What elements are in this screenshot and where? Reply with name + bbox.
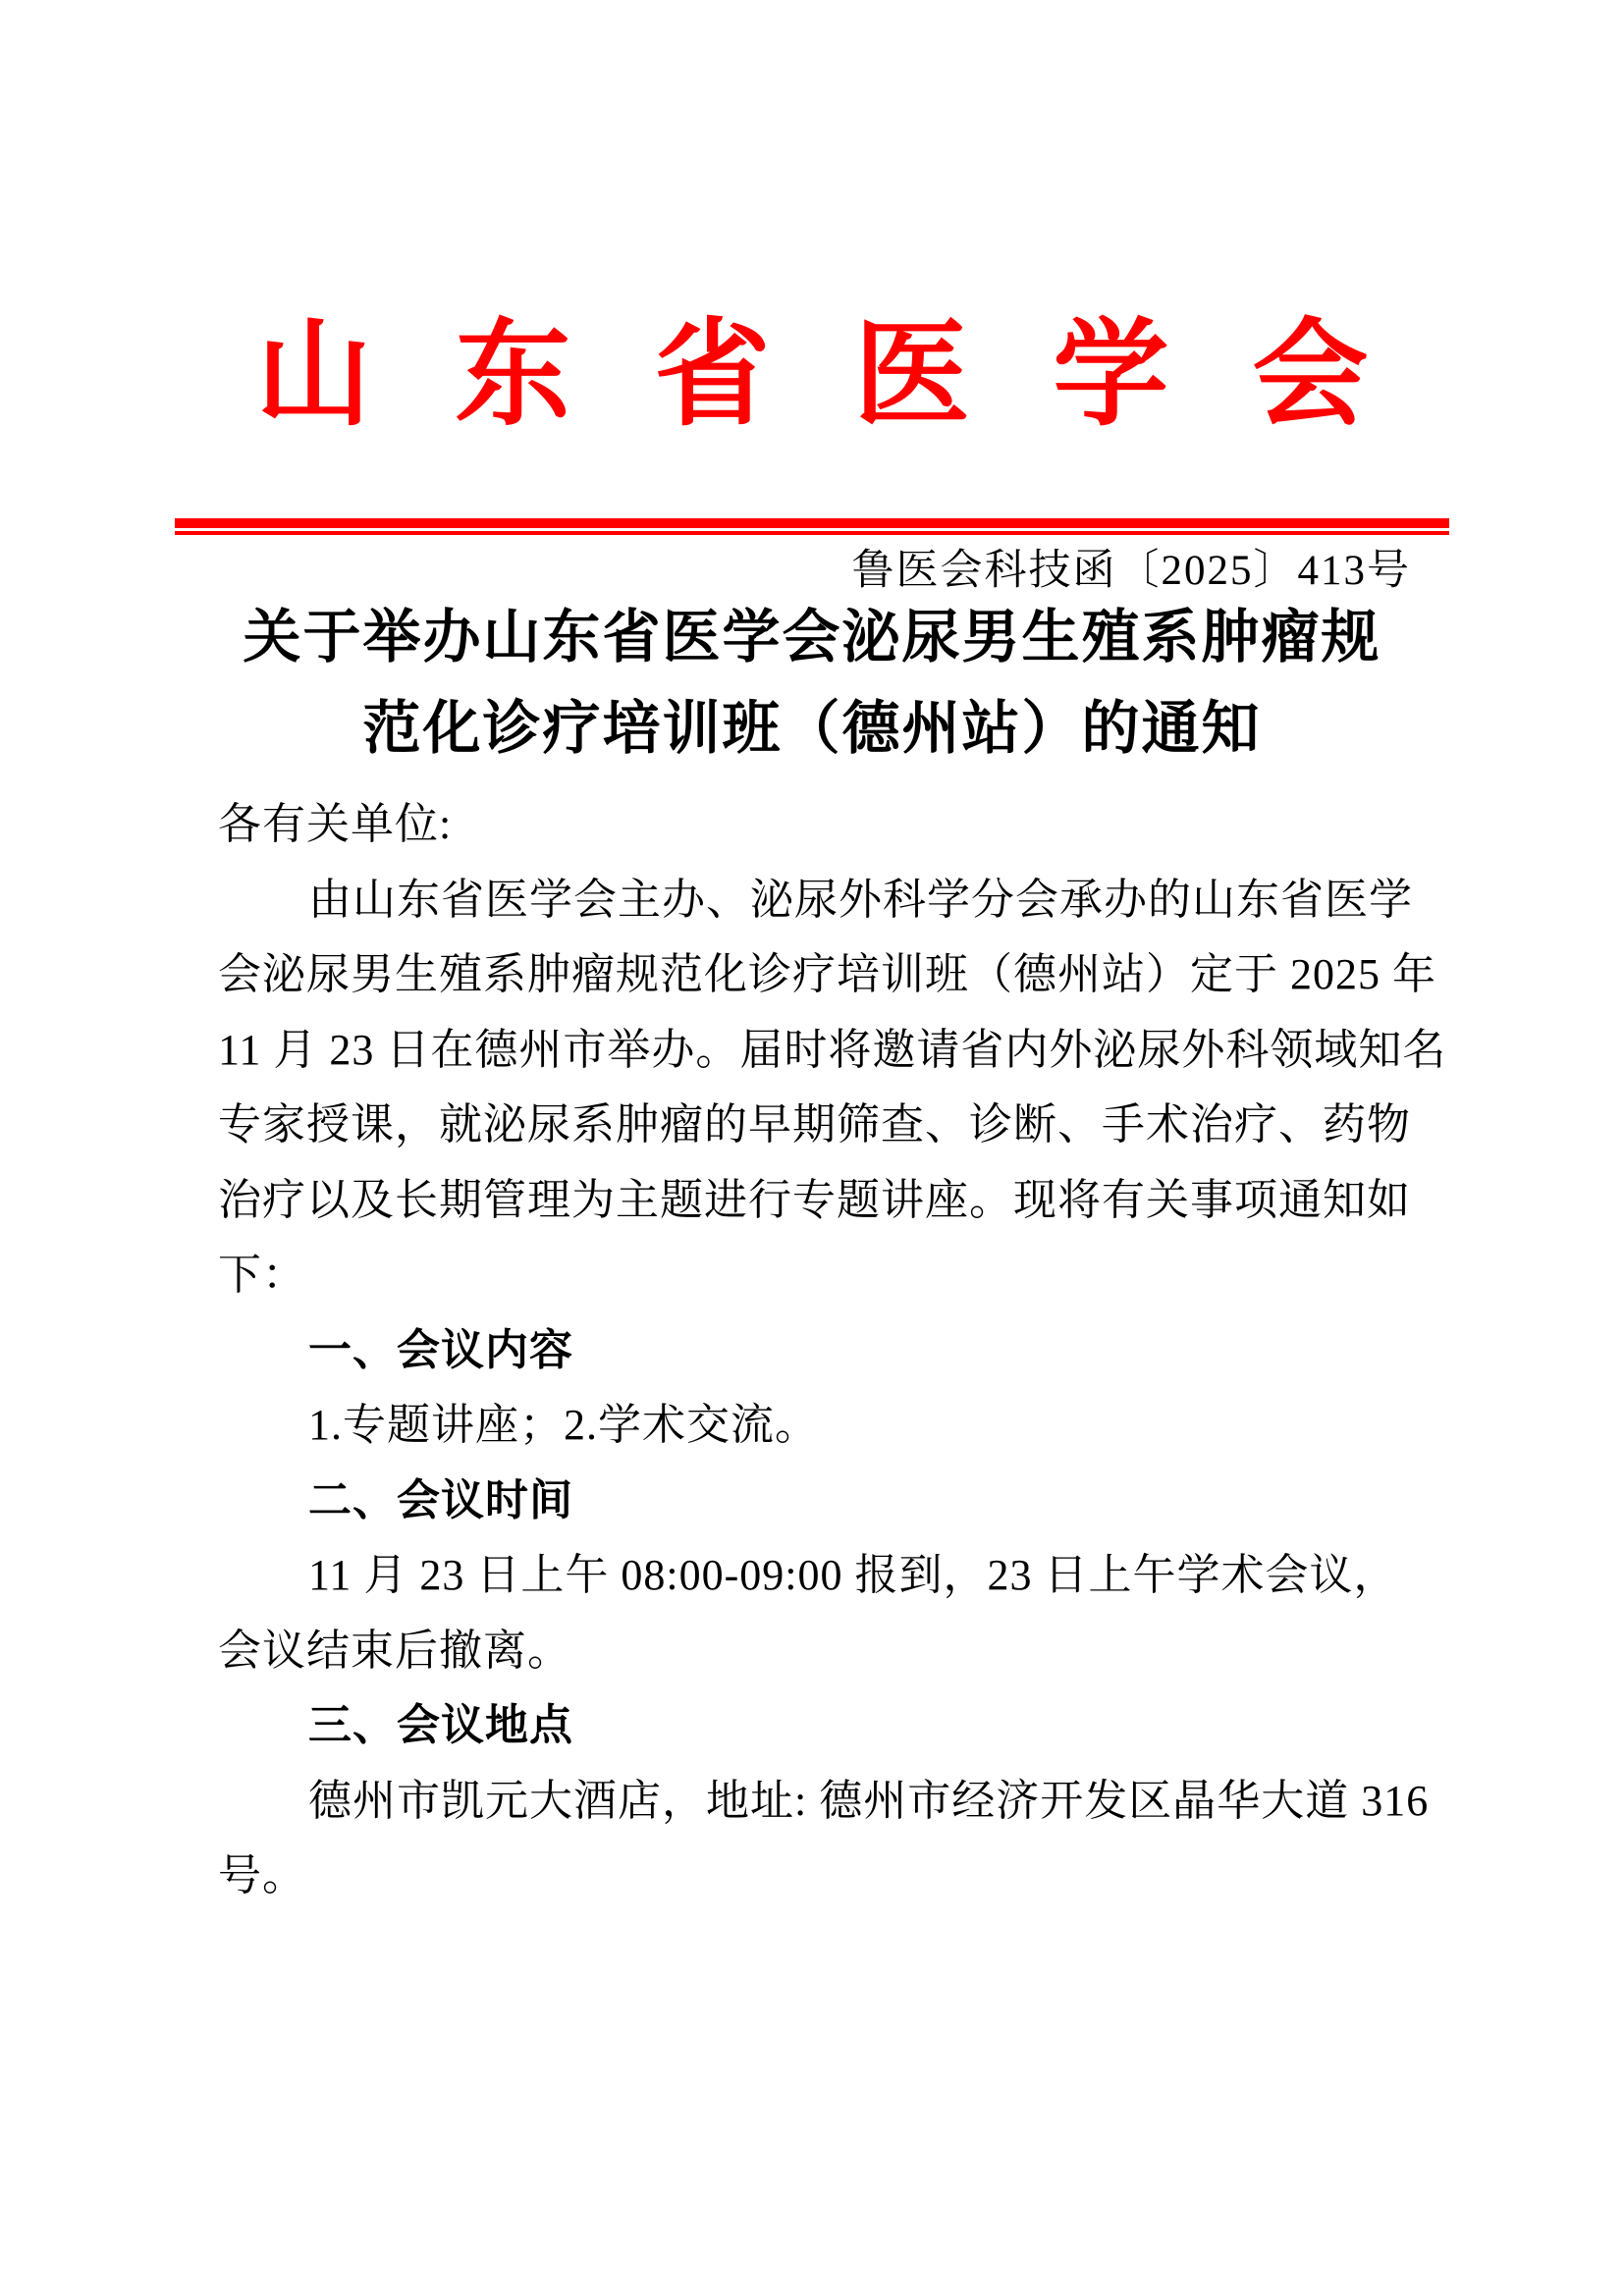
red-separator-line xyxy=(175,518,1449,535)
document-body: 各有关单位: 由山东省医学会主办、泌尿外科学分会承办的山东省医学 会泌尿男生殖系… xyxy=(218,787,1414,1914)
section-content-line: 1.专题讲座；2.学术交流。 xyxy=(218,1388,1414,1464)
document-title: 关于举办山东省医学会泌尿男生殖系肿瘤规 范化诊疗培训班（德州站）的通知 xyxy=(0,592,1624,774)
section-content-line: 会议结束后撤离。 xyxy=(218,1614,1414,1689)
paragraph-line: 治疗以及长期管理为主题进行专题讲座。现将有关事项通知如 xyxy=(218,1163,1414,1239)
paragraph-line: 专家授课，就泌尿系肿瘤的早期筛查、诊断、手术治疗、药物 xyxy=(218,1088,1414,1163)
org-title: 山东省医学会 xyxy=(0,306,1624,446)
section-content-line: 德州市凯元大酒店，地址: 德州市经济开发区晶华大道 316 xyxy=(218,1764,1414,1840)
document-page: 山东省医学会 鲁医会科技函〔2025〕413号 关于举办山东省医学会泌尿男生殖系… xyxy=(0,0,1624,2296)
document-title-line-1: 关于举办山东省医学会泌尿男生殖系肿瘤规 xyxy=(0,592,1624,683)
section-heading-meeting-content: 一、会议内容 xyxy=(218,1313,1414,1389)
paragraph-line: 下： xyxy=(218,1238,1414,1313)
section-heading-meeting-time: 二、会议时间 xyxy=(218,1464,1414,1539)
paragraph-line: 11 月 23 日在德州市举办。届时将邀请省内外泌尿外科领域知名 xyxy=(218,1013,1414,1089)
doc-reference-number: 鲁医会科技函〔2025〕413号 xyxy=(852,537,1412,597)
red-separator-thin-bar xyxy=(175,531,1449,535)
paragraph-line: 会泌尿男生殖系肿瘤规范化诊疗培训班（德州站）定于 2025 年 xyxy=(218,937,1414,1013)
section-heading-meeting-location: 三、会议地点 xyxy=(218,1688,1414,1764)
salutation: 各有关单位: xyxy=(218,787,1414,863)
paragraph-line: 由山东省医学会主办、泌尿外科学分会承办的山东省医学 xyxy=(218,863,1414,938)
document-title-line-2: 范化诊疗培训班（德州站）的通知 xyxy=(0,683,1624,774)
section-content-line: 11 月 23 日上午 08:00-09:00 报到，23 日上午学术会议， xyxy=(218,1538,1414,1614)
red-separator-thick-bar xyxy=(175,518,1449,528)
section-content-line: 号。 xyxy=(218,1839,1414,1914)
